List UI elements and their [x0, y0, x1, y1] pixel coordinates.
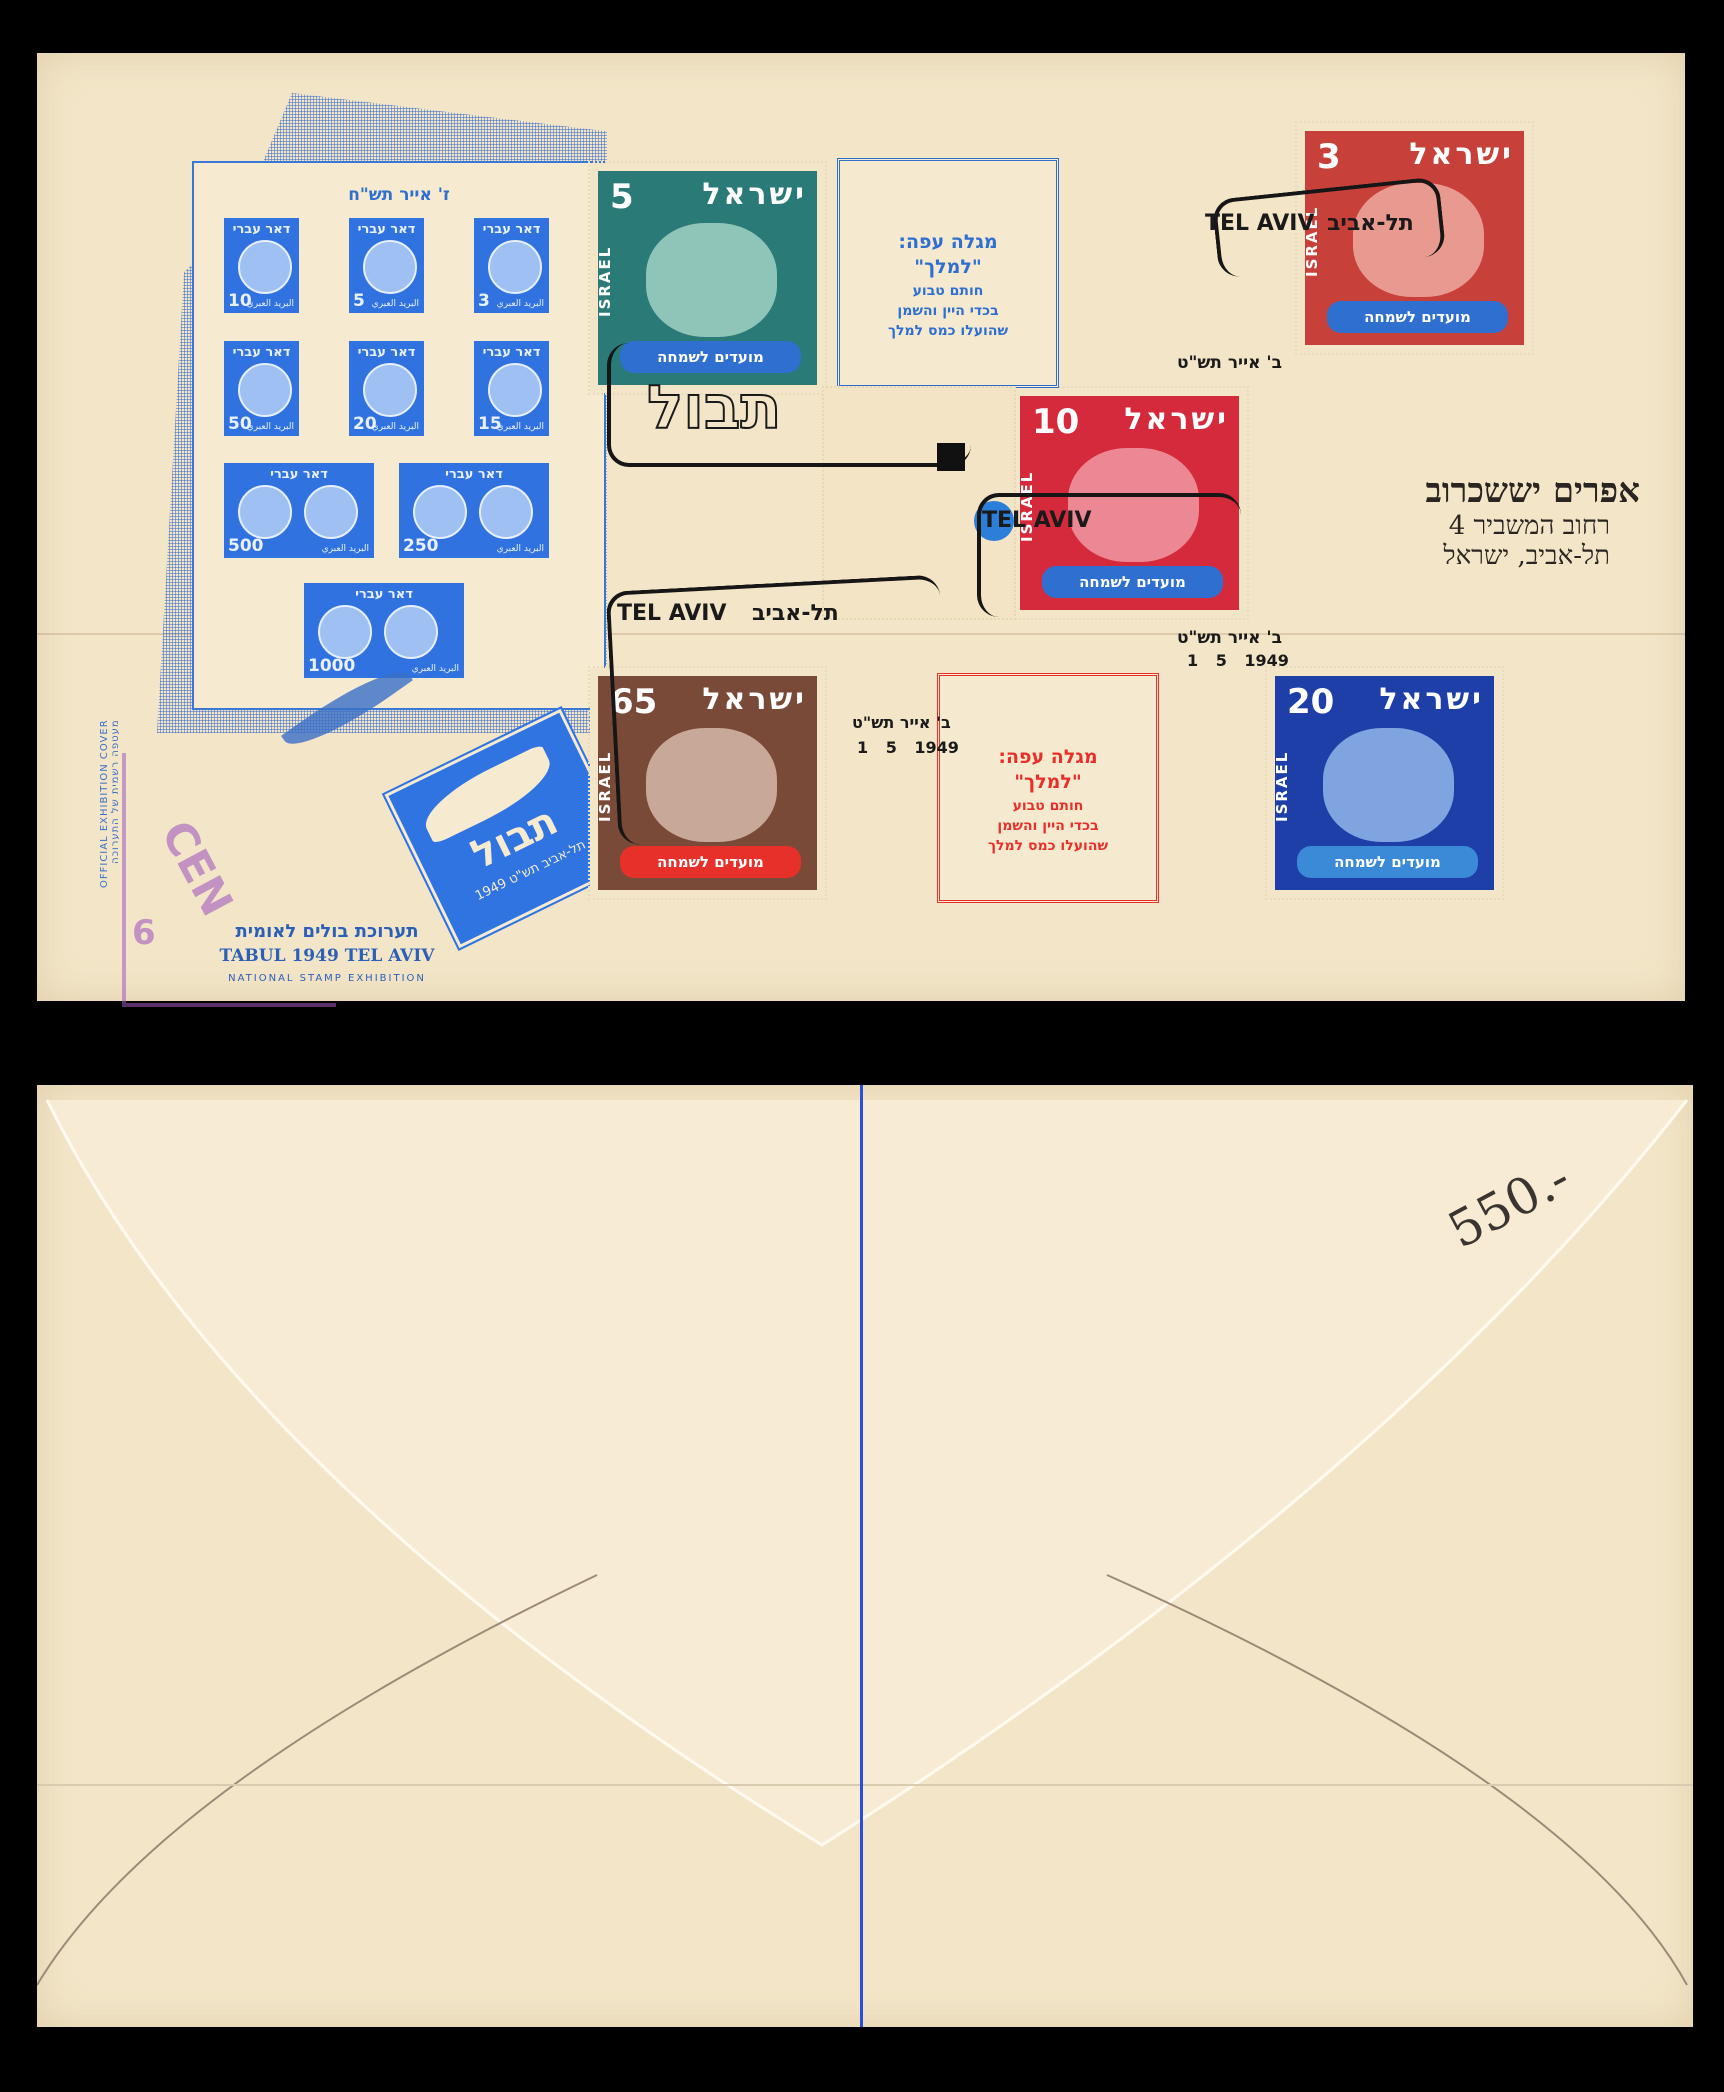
tab-text: שהועלו כמס למלך [840, 323, 1056, 339]
postmark-date-he: ב' אייר תש"ט [852, 713, 951, 732]
tab-text: "למלך" [940, 771, 1156, 793]
stamp-20: 20 ישראל ISRAEL מועדים לשמחה [1267, 668, 1502, 898]
stamp-scroll: מועדים לשמחה [620, 846, 801, 878]
mini-stamp: דאר עברי20البريد العبري [349, 341, 424, 436]
mini-stamp-arabic: البريد العبري [412, 664, 459, 674]
jar-handle-icon [1323, 728, 1454, 842]
tab-text: חותם טבוע [940, 798, 1156, 814]
address-city: תל-אביב, ישראל [1426, 541, 1610, 571]
stamp-tab: מגלה עפה:"למלך"חותם טבועבכדי היין והשמןש… [937, 673, 1159, 903]
mini-stamp-header: דאר עברי [474, 345, 549, 360]
stamp-country-he: ישראל [1379, 682, 1484, 717]
side-text-hebrew: מעטפה רשמית של התערוכה [110, 719, 121, 888]
mini-stamp-arabic: البريد العبري [322, 544, 369, 554]
side-text-english: OFFICIAL EXHIBITION COVER [99, 719, 110, 888]
mini-stamp-value: 1000 [308, 656, 355, 676]
coin-icon [488, 363, 542, 417]
mini-stamp-value: 3 [478, 291, 490, 311]
tab-text: "למלך" [840, 256, 1056, 278]
stamp-country-he: ישראל [1124, 402, 1229, 437]
postmark-date: 1 5 1949 [1187, 651, 1289, 670]
mini-stamp: דאר עברי1000البريد العبري [304, 583, 464, 678]
stamp-value: 5 [610, 177, 634, 217]
mini-stamp-arabic: البريد العبري [372, 422, 419, 432]
mini-stamp-arabic: البريد العبري [372, 299, 419, 309]
postmark-date-he: ב' אייר תש"ט [1177, 628, 1282, 648]
mini-stamp-header: דאר עברי [224, 345, 299, 360]
mini-stamp-arabic: البريد العبري [497, 299, 544, 309]
envelope-flaps [37, 1085, 1693, 2027]
coin-icon [238, 485, 292, 539]
postmark-date-he: ב' אייר תש"ט [1177, 353, 1282, 373]
mini-stamp: דאר עברי5البريد العبري [349, 218, 424, 313]
tab-text: בכדי היין והשמן [840, 303, 1056, 319]
mini-stamp: דאר עברי10البريد العبري [224, 218, 299, 313]
stamp-scroll: מועדים לשמחה [1327, 301, 1508, 333]
mini-stamp-arabic: البريد العبري [497, 544, 544, 554]
coin-icon [413, 485, 467, 539]
postmark-slogan: תבול [647, 373, 781, 443]
pane-title: ז' אייר תש"ח [194, 185, 604, 205]
coin-icon [384, 605, 438, 659]
stamp-value: 3 [1317, 137, 1341, 177]
mini-stamp-header: דאר עברי [224, 222, 299, 237]
mini-stamp-value: 250 [403, 536, 439, 556]
coin-icon [479, 485, 533, 539]
side-text: OFFICIAL EXHIBITION COVER מעטפה רשמית של… [99, 719, 121, 888]
mini-stamp-header: דאר עברי [349, 345, 424, 360]
stamp-value: 20 [1287, 682, 1334, 722]
mini-stamp: דאר עברי500البريد العبري [224, 463, 374, 558]
postmark-city-en: TEL AVIV [1205, 211, 1314, 236]
coin-icon [238, 240, 292, 294]
mini-stamp-arabic: البريد العبري [247, 422, 294, 432]
mini-stamp-header: דאר עברי [399, 467, 549, 482]
address-name: אפרים יששכרוב [1426, 471, 1640, 511]
mini-stamp-header: דאר עברי [349, 222, 424, 237]
mini-stamp: דאר עברי15البريد العبري [474, 341, 549, 436]
recipient-address: אפרים יששכרוב רחוב המשביר 4 תל-אביב, ישר… [1426, 471, 1640, 571]
mini-stamp-header: דאר עברי [224, 467, 374, 482]
postmark-city-en: TEL AVIV [982, 508, 1091, 533]
tab-text: שהועלו כמס למלך [940, 838, 1156, 854]
stamp-country-en: ISRAEL [1273, 751, 1291, 822]
mini-stamp-header: דאר עברי [474, 222, 549, 237]
mini-stamp: דאר עברי250البريد العبري [399, 463, 549, 558]
mini-stamp: דאר עברי50البريد العبري [224, 341, 299, 436]
miniature-sheet-pane: ז' אייר תש"ח דאר עברי10البريد العبريדאר … [192, 161, 606, 710]
stamp-value: 10 [1032, 402, 1079, 442]
tab-text: חותם טבוע [840, 283, 1056, 299]
mini-stamp: דאר עברי3البريد العبري [474, 218, 549, 313]
coin-icon [238, 363, 292, 417]
mini-stamp-value: 500 [228, 536, 264, 556]
postmark-city-he: תל-אביב [752, 601, 839, 626]
registration-line [860, 1085, 863, 2027]
mini-stamp-arabic: البريد العبري [247, 299, 294, 309]
mini-stamp-value: 5 [353, 291, 365, 311]
postmark-square [937, 443, 965, 471]
postmark-city-he: תל-אביב [1327, 211, 1414, 236]
postmark-city-en: TEL AVIV [617, 601, 726, 626]
stamp-scroll: מועדים לשמחה [1297, 846, 1478, 878]
tab-text: בכדי היין והשמן [940, 818, 1156, 834]
censor-number: 6 [132, 913, 156, 953]
jar-handle-icon [646, 223, 777, 337]
postmark-date: 1 5 1949 [857, 738, 959, 757]
coin-icon [304, 485, 358, 539]
stamp-country-en: ISRAEL [596, 751, 614, 822]
stamp-country-he: ישראל [702, 177, 807, 212]
coin-icon [363, 363, 417, 417]
mini-stamp-header: דאר עברי [304, 587, 464, 602]
tab-text: מגלה עפה: [840, 231, 1056, 253]
tab-text: מגלה עפה: [940, 746, 1156, 768]
address-street: רחוב המשביר 4 [1426, 511, 1610, 541]
cover-back: 550.- [37, 1085, 1693, 2027]
coin-icon [318, 605, 372, 659]
mini-stamp-arabic: البريد العبري [497, 422, 544, 432]
stamp-country-he: ישראל [1409, 137, 1514, 172]
coin-icon [363, 240, 417, 294]
stamp-country-en: ISRAEL [596, 246, 614, 317]
cover-front: ז' אייר תש"ח דאר עברי10البريد العبريדאר … [37, 53, 1685, 1001]
coin-icon [488, 240, 542, 294]
